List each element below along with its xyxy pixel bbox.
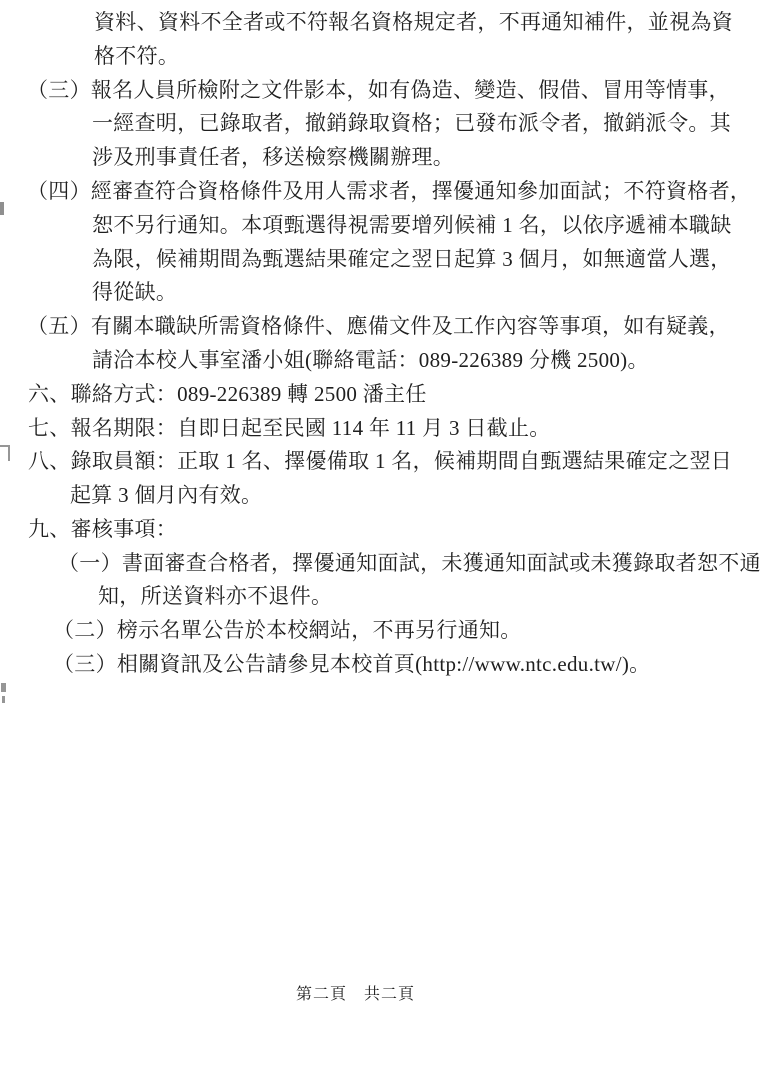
- body-line-09: 得從缺。: [92, 280, 177, 304]
- body-line-06-item-4: （四）經審查符合資格條件及用人需求者，擇優通知參加面試；不符資格者，: [27, 179, 751, 203]
- body-line-16-item-9: 九、審核事項：: [28, 517, 177, 541]
- body-line-18: 知，所送資料亦不退件。: [98, 584, 332, 608]
- scan-artifact-middle: [0, 445, 10, 461]
- body-line-15: 起算 3 個月內有效。: [70, 483, 262, 507]
- body-line-17-subitem-1: （一）書面審查合格者，擇優通知面試，未獲通知面試或未獲錄取者恕不通: [58, 551, 761, 575]
- body-line-14-item-8: 八、錄取員額：正取 1 名、擇優備取 1 名，候補期間自甄選結果確定之翌日: [28, 449, 732, 473]
- scan-artifact-bottom: [1, 683, 6, 692]
- body-line-13-item-7: 七、報名期限：自即日起至民國 114 年 11 月 3 日截止。: [28, 416, 551, 440]
- body-line-04: 一經查明，已錄取者，撤銷錄取資格；已發布派令者，撤銷派令。其: [92, 111, 731, 135]
- body-line-12-item-6: 六、聯絡方式：089-226389 轉 2500 潘主任: [28, 382, 427, 406]
- page-number-footer: 第二頁 共二頁: [296, 981, 415, 1004]
- body-line-02: 格不符。: [94, 44, 179, 68]
- body-line-10-item-5: （五）有關本職缺所需資格條件、應備文件及工作內容等事項，如有疑義，: [27, 314, 730, 338]
- body-line-01: 資料、資料不全者或不符報名資格規定者，不再通知補件，並視為資: [94, 10, 733, 34]
- body-line-19-subitem-2: （二）榜示名單公告於本校網站，不再另行通知。: [53, 618, 522, 642]
- body-line-11: 請洽本校人事室潘小姐(聯絡電話：089-226389 分機 2500)。: [92, 348, 649, 372]
- body-line-05: 涉及刑事責任者，移送檢察機關辦理。: [92, 145, 454, 169]
- body-line-08: 為限，候補期間為甄選結果確定之翌日起算 3 個月，如無適當人選，: [92, 247, 732, 271]
- body-line-07: 恕不另行通知。本項甄選得視需要增列候補 1 名，以依序遞補本職缺: [92, 213, 732, 237]
- scanned-document-page: 資料、資料不全者或不符報名資格規定者，不再通知補件，並視為資 格不符。 （三）報…: [0, 0, 762, 1068]
- scan-artifact-top: [0, 202, 4, 215]
- body-line-20-subitem-3: （三）相關資訊及公告請參見本校首頁(http://www.ntc.edu.tw/…: [53, 652, 650, 676]
- body-line-03-item-3: （三）報名人員所檢附之文件影本，如有偽造、變造、假借、冒用等情事，: [27, 78, 730, 102]
